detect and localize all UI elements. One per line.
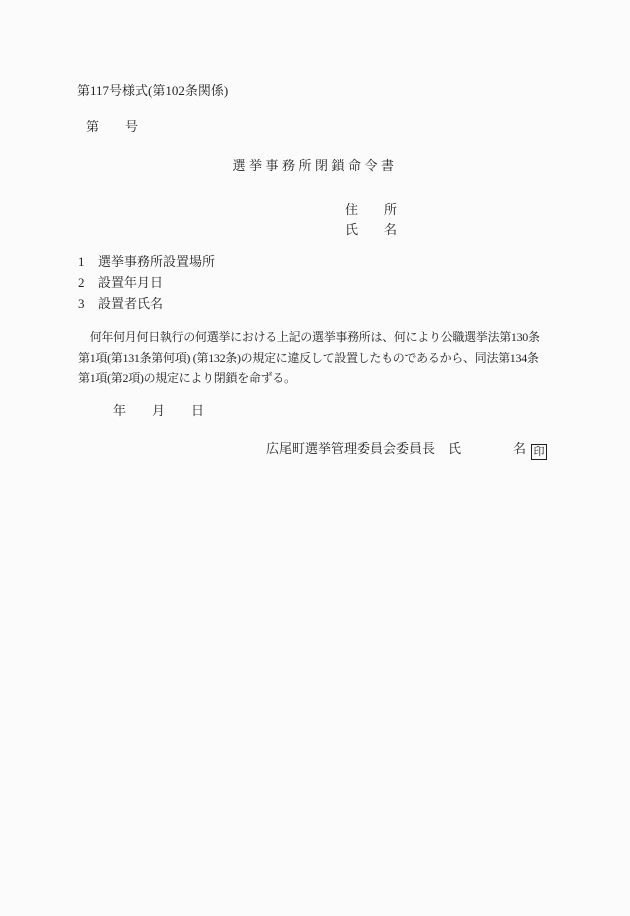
date-line: 年 月 日 [113,402,204,419]
item-number: 2 [78,272,98,293]
document-number: 第 号 [86,119,138,135]
item-number: 1 [78,251,98,272]
signature-line: 広尾町選挙管理委員会委員長 氏 名印 [266,440,547,460]
items-list: 1選挙事務所設置場所 2設置年月日 3設置者氏名 [78,251,215,314]
list-item: 2設置年月日 [78,272,215,293]
seal-mark: 印 [531,444,547,460]
form-number: 第117号様式(第102条関係) [77,83,228,99]
item-number: 3 [78,293,98,314]
signature-text: 広尾町選挙管理委員会委員長 氏 名 [266,441,526,456]
item-label: 設置年月日 [98,275,163,290]
address-label: 住 所 [345,200,397,220]
body-line: 何年何月何日執行の何選挙における上記の選挙事務所は、何により公職選挙法第130条 [78,327,561,348]
recipient-block: 住 所 氏 名 [345,200,397,240]
item-label: 設置者氏名 [98,296,163,311]
body-line: 第1項(第131条第何項) (第132条)の規定に違反して設置したものであるから… [78,348,561,369]
list-item: 3設置者氏名 [78,293,215,314]
item-label: 選挙事務所設置場所 [98,254,215,269]
body-paragraph: 何年何月何日執行の何選挙における上記の選挙事務所は、何により公職選挙法第130条… [78,327,561,389]
document-page: 第117号様式(第102条関係) 第 号 選挙事務所閉鎖命令書 住 所 氏 名 … [0,0,630,916]
name-label: 氏 名 [345,220,397,240]
list-item: 1選挙事務所設置場所 [78,251,215,272]
body-line: 第1項(第2項)の規定により閉鎖を命ずる。 [78,368,561,389]
document-title: 選挙事務所閉鎖命令書 [0,157,630,174]
